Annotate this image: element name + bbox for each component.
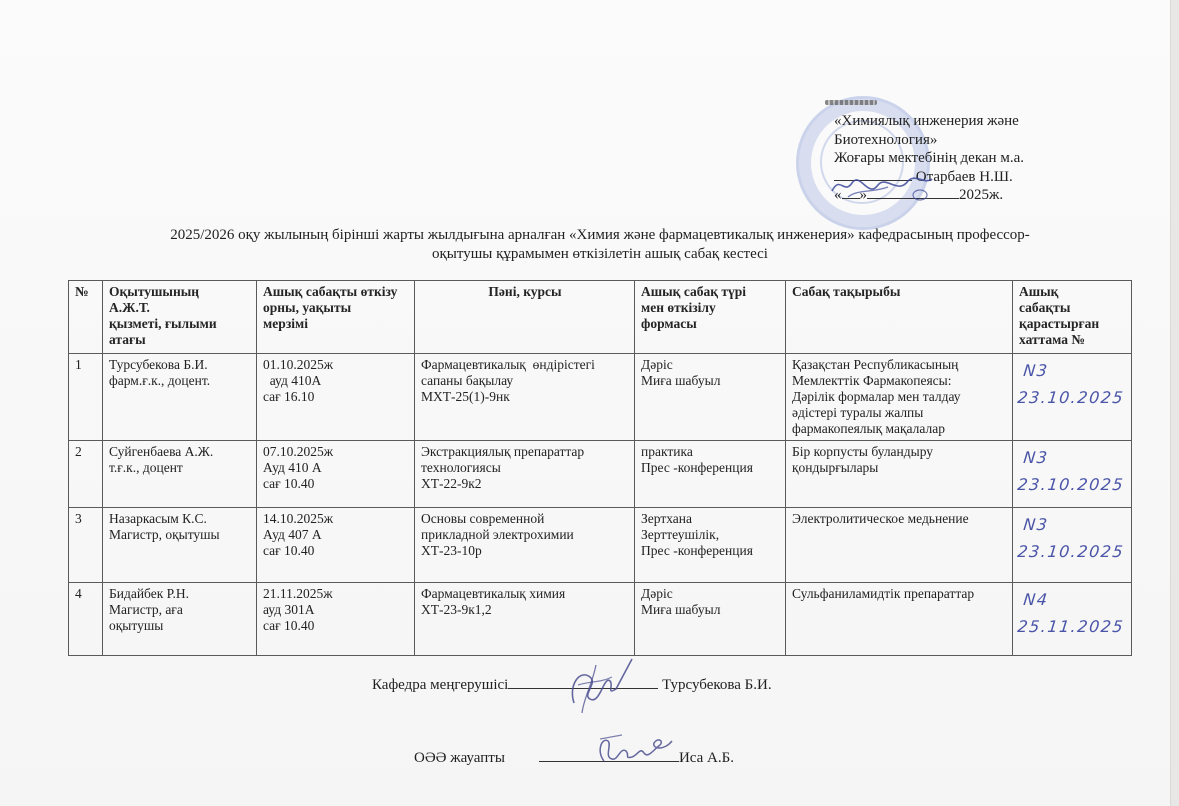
protocol-date: 23.10.2025	[1016, 471, 1125, 498]
cell-place-time: 01.10.2025ж ауд 410Асағ 16.10	[257, 354, 415, 441]
cell-place-time-line: сағ 10.40	[263, 543, 409, 559]
protocol-number: N3	[1019, 511, 1128, 538]
cell-teacher-line: оқытушы	[109, 618, 251, 634]
cell-place-time-line: 21.11.2025ж	[263, 586, 409, 602]
cell-subject: Фармацевтикалық химияХТ-23-9к1,2	[415, 583, 635, 656]
document-title: 2025/2026 оқу жылының бірінші жарты жылд…	[70, 226, 1130, 264]
header-text-line: қызметі, ғылыми	[109, 316, 251, 332]
cell-teacher-line: Бидайбек Р.Н.	[109, 586, 251, 602]
cell-number: 2	[69, 441, 103, 508]
handwritten-protocol: N425.11.2025	[1016, 586, 1128, 640]
table-row: 2Суйгенбаева А.Ж.т.ғ.к., доцент07.10.202…	[69, 441, 1132, 508]
cell-form: ДәрісМиға шабуыл	[635, 583, 786, 656]
cell-place-time-line: Ауд 407 А	[263, 527, 409, 543]
cell-teacher: Бидайбек Р.Н.Магистр, ағаоқытушы	[103, 583, 257, 656]
cell-form: практикаПрес -конференция	[635, 441, 786, 508]
cell-teacher-line: фарм.ғ.к., доцент.	[109, 373, 251, 389]
cell-subject-line: МХТ-25(1)-9нк	[421, 389, 629, 405]
table-body: 1Турсубекова Б.И.фарм.ғ.к., доцент.01.10…	[69, 354, 1132, 656]
protocol-number: N3	[1019, 444, 1128, 471]
cell-number-line: 3	[75, 511, 97, 527]
cell-place-time-line: 14.10.2025ж	[263, 511, 409, 527]
cell-teacher: Назаркасым К.С.Магистр, оқытушы	[103, 508, 257, 583]
cell-topic: Қазақстан РеспубликасыныңМемлекттік Фарм…	[786, 354, 1013, 441]
cell-topic: Электролитическое медьнение	[786, 508, 1013, 583]
cell-protocol: N323.10.2025	[1013, 354, 1132, 441]
cell-protocol: N425.11.2025	[1013, 583, 1132, 656]
cell-teacher-line: Турсубекова Б.И.	[109, 357, 251, 373]
header-form: Ашық сабақ түрімен өткізілуформасы	[635, 281, 786, 354]
cell-subject-line: Фармацевтикалық химия	[421, 586, 629, 602]
cell-teacher-line: Магистр, оқытушы	[109, 527, 251, 543]
cell-subject-line: ХТ-22-9к2	[421, 476, 629, 492]
title-line-1: 2025/2026 оқу жылының бірінші жарты жылд…	[70, 226, 1130, 245]
header-text-line: қарастырған	[1019, 316, 1126, 332]
header-place-time: Ашық сабақты өткізуорны, уақытымерзімі	[257, 281, 415, 354]
header-text-line: орны, уақыты	[263, 300, 409, 316]
approval-header-scribble	[825, 100, 877, 105]
cell-place-time-line: ауд 301А	[263, 602, 409, 618]
header-text-line: №	[75, 284, 97, 300]
protocol-date: 25.11.2025	[1016, 613, 1125, 640]
quality-name: Иса А.Б.	[679, 750, 734, 766]
title-line-2: оқытушы құрамымен өткізілетін ашық сабақ…	[70, 245, 1130, 264]
cell-subject-line: Основы современной	[421, 511, 629, 527]
cell-topic-line: фармакопеялық мақалалар	[792, 421, 1007, 437]
cell-teacher-line: Магистр, аға	[109, 602, 251, 618]
cell-topic-line: Электролитическое медьнение	[792, 511, 1007, 527]
header-text-line: Ашық сабақ түрі	[641, 284, 780, 300]
cell-form: ДәрісМиға шабуыл	[635, 354, 786, 441]
header-text-line: А.Ж.Т.	[109, 300, 251, 316]
cell-number: 1	[69, 354, 103, 441]
header-text-line: Пәні, курсы	[421, 284, 629, 300]
header-teacher: ОқытушыныңА.Ж.Т.қызметі, ғылымиатағы	[103, 281, 257, 354]
table-row: 3Назаркасым К.С.Магистр, оқытушы14.10.20…	[69, 508, 1132, 583]
cell-form: ЗертханаЗерттеушілік,Прес -конференция	[635, 508, 786, 583]
cell-form-line: практика	[641, 444, 780, 460]
cell-teacher-line: Суйгенбаева А.Ж.	[109, 444, 251, 460]
cell-place-time: 07.10.2025жАуд 410 Асағ 10.40	[257, 441, 415, 508]
header-text-line: Оқытушының	[109, 284, 251, 300]
cell-topic-line: Бір корпусты буландыру	[792, 444, 1007, 460]
cell-place-time: 21.11.2025жауд 301Асағ 10.40	[257, 583, 415, 656]
cell-subject-line: ХТ-23-10р	[421, 543, 629, 559]
table-row: 4Бидайбек Р.Н.Магистр, ағаоқытушы21.11.2…	[69, 583, 1132, 656]
header-number: №	[69, 281, 103, 354]
cell-subject: Фармацевтикалық өндірістегісапаны бақыла…	[415, 354, 635, 441]
cell-subject-line: технологиясы	[421, 460, 629, 476]
cell-place-time-line: сағ 10.40	[263, 618, 409, 634]
header-text-line: хаттама №	[1019, 332, 1126, 348]
cell-form-line: Зерттеушілік,	[641, 527, 780, 543]
approval-line-2: Биотехнология»	[834, 131, 1094, 150]
header-protocol: Ашықсабақтықарастырғанхаттама №	[1013, 281, 1132, 354]
date-year: 2025ж.	[959, 187, 1003, 203]
cell-teacher: Суйгенбаева А.Ж.т.ғ.к., доцент	[103, 441, 257, 508]
cell-form-line: Миға шабуыл	[641, 602, 780, 618]
header-text-line: Сабақ тақырыбы	[792, 284, 1007, 300]
cell-form-line: Дәріс	[641, 357, 780, 373]
header-subject: Пәні, курсы	[415, 281, 635, 354]
header-text-line: мерзімі	[263, 316, 409, 332]
quality-label: ОӘӘ жауапты	[414, 750, 505, 766]
cell-subject-line: Экстракциялық препараттар	[421, 444, 629, 460]
cell-subject-line: прикладной электрохимии	[421, 527, 629, 543]
cell-protocol: N323.10.2025	[1013, 441, 1132, 508]
handwritten-signature-icon	[828, 165, 948, 205]
cell-place-time-line: Ауд 410 А	[263, 460, 409, 476]
cell-teacher-line: Назаркасым К.С.	[109, 511, 251, 527]
header-text-line: Ашық сабақты өткізу	[263, 284, 409, 300]
cell-number-line: 1	[75, 357, 97, 373]
header-text-line: формасы	[641, 316, 780, 332]
protocol-date: 23.10.2025	[1016, 538, 1125, 565]
cell-form-line: Прес -конференция	[641, 460, 780, 476]
cell-topic-line: Дәрілік формалар мен талдау	[792, 389, 1007, 405]
cell-place-time-line: сағ 16.10	[263, 389, 409, 405]
table-header-row: № ОқытушыныңА.Ж.Т.қызметі, ғылымиатағы А…	[69, 281, 1132, 354]
header-text-line: Ашық	[1019, 284, 1126, 300]
header-topic: Сабақ тақырыбы	[786, 281, 1013, 354]
header-text-line: сабақты	[1019, 300, 1126, 316]
cell-topic: Бір корпусты буландыруқондырғылары	[786, 441, 1013, 508]
cell-form-line: Прес -конференция	[641, 543, 780, 559]
quality-responsible-signature-row: ОӘӘ жауаптыИса А.Б.	[414, 750, 734, 767]
cell-topic-line: әдістері туралы жалпы	[792, 405, 1007, 421]
handwritten-protocol: N323.10.2025	[1016, 444, 1128, 498]
cell-number-line: 4	[75, 586, 97, 602]
protocol-number: N4	[1019, 586, 1128, 613]
handwritten-protocol: N323.10.2025	[1016, 357, 1128, 411]
cell-subject-line: ХТ-23-9к1,2	[421, 602, 629, 618]
approval-line-1: «Химиялық инженерия және	[834, 112, 1094, 131]
table-row: 1Турсубекова Б.И.фарм.ғ.к., доцент.01.10…	[69, 354, 1132, 441]
cell-teacher-line: т.ғ.к., доцент	[109, 460, 251, 476]
protocol-number: N3	[1019, 357, 1128, 384]
cell-topic-line: Сульфаниламидтік препараттар	[792, 586, 1007, 602]
cell-form-line: Дәріс	[641, 586, 780, 602]
cell-place-time-line: 07.10.2025ж	[263, 444, 409, 460]
head-signature-line	[508, 688, 658, 689]
cell-form-line: Миға шабуыл	[641, 373, 780, 389]
cell-subject: Экстракциялық препараттартехнологиясыХТ-…	[415, 441, 635, 508]
cell-place-time-line: ауд 410А	[263, 373, 409, 389]
cell-subject-line: Фармацевтикалық өндірістегі	[421, 357, 629, 373]
cell-form-line: Зертхана	[641, 511, 780, 527]
cell-number: 3	[69, 508, 103, 583]
protocol-date: 23.10.2025	[1016, 384, 1125, 411]
cell-teacher: Турсубекова Б.И.фарм.ғ.к., доцент.	[103, 354, 257, 441]
cell-place-time-line: сағ 10.40	[263, 476, 409, 492]
cell-topic-line: қондырғылары	[792, 460, 1007, 476]
quality-signature-line	[539, 761, 679, 762]
cell-topic-line: Қазақстан Республикасының	[792, 357, 1007, 373]
head-label: Кафедра меңгерушісі	[372, 677, 508, 693]
cell-number-line: 2	[75, 444, 97, 460]
handwritten-protocol: N323.10.2025	[1016, 511, 1128, 565]
open-lessons-schedule-table: № ОқытушыныңА.Ж.Т.қызметі, ғылымиатағы А…	[68, 280, 1132, 656]
cell-number: 4	[69, 583, 103, 656]
cell-protocol: N323.10.2025	[1013, 508, 1132, 583]
header-text-line: атағы	[109, 332, 251, 348]
page-edge	[1170, 0, 1179, 806]
cell-topic-line: Мемлекттік Фармакопеясы:	[792, 373, 1007, 389]
cell-subject-line: сапаны бақылау	[421, 373, 629, 389]
header-text-line: мен өткізілу	[641, 300, 780, 316]
head-name: Турсубекова Б.И.	[662, 677, 772, 693]
cell-topic: Сульфаниламидтік препараттар	[786, 583, 1013, 656]
cell-place-time-line: 01.10.2025ж	[263, 357, 409, 373]
cell-subject: Основы современнойприкладной электрохими…	[415, 508, 635, 583]
head-of-department-signature-row: Кафедра меңгерушісі Турсубекова Б.И.	[372, 677, 772, 694]
cell-place-time: 14.10.2025жАуд 407 Асағ 10.40	[257, 508, 415, 583]
